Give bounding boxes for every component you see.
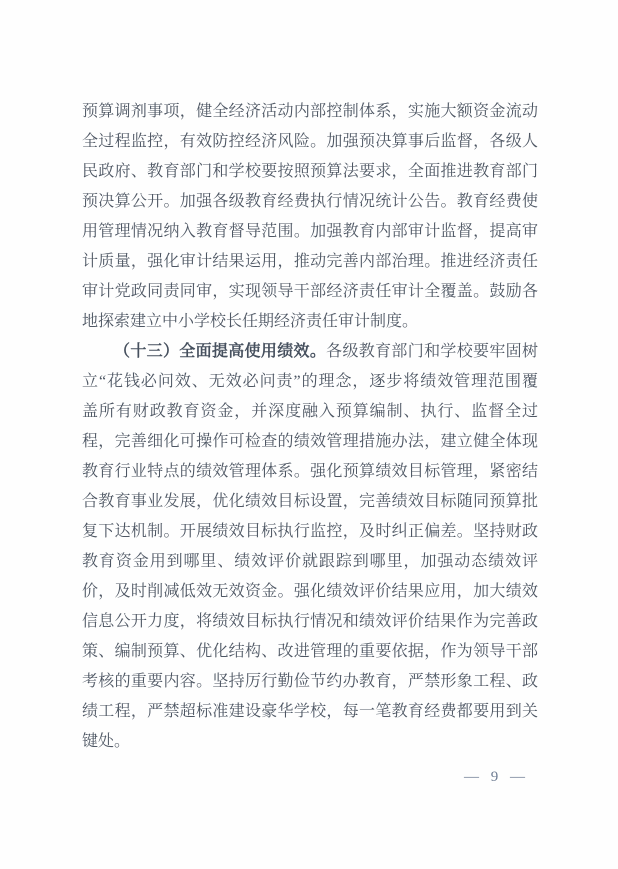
text-line: 考核的重要内容。坚持厉行勤俭节约办教育，严禁形象工程、政 (82, 667, 538, 697)
text-line: 程，完善细化可操作可检查的绩效管理措施办法，建立健全体现 (82, 427, 538, 457)
text-line: 策、编制预算、优化结构、改进管理的重要依据，作为领导干部 (82, 637, 538, 667)
text-line: 教育资金用到哪里、绩效评价就跟踪到哪里，加强动态绩效评 (82, 547, 538, 577)
text-line: 合教育事业发展，优化绩效目标设置，完善绩效目标随同预算批 (82, 487, 538, 517)
text-line: 绩工程，严禁超标准建设豪华学校，每一笔教育经费都要用到关 (82, 697, 538, 727)
text-line: 地探索建立中小学校长任期经济责任审计制度。 (82, 307, 538, 337)
text-line: 盖所有财政教育资金，并深度融入预算编制、执行、监督全过 (82, 397, 538, 427)
text-line: 信息公开力度，将绩效目标执行情况和绩效评价结果作为完善政 (82, 607, 538, 637)
text-line: 立“花钱必问效、无效必问责”的理念，逐步将绩效管理范围覆 (82, 367, 538, 397)
document-body: 预算调剂事项，健全经济活动内部控制体系，实施大额资金流动 全过程监控，有效防控经… (82, 97, 538, 757)
text-line: （十三）全面提高使用绩效。各级教育部门和学校要牢固树 (82, 337, 538, 367)
text-line: 预决算公开。加强各级教育经费执行情况统计公告。教育经费使 (82, 187, 538, 217)
page-footer: — 9 — (82, 767, 538, 787)
text-line: 键处。 (82, 727, 538, 757)
text-line: 全过程监控，有效防控经济风险。加强预决算事后监督，各级人 (82, 127, 538, 157)
text-line: 审计党政同责同审，实现领导干部经济责任审计全覆盖。鼓励各 (82, 277, 538, 307)
text-line: 计质量，强化审计结果运用，推动完善内部治理。推进经济责任 (82, 247, 538, 277)
text-line: 预算调剂事项，健全经济活动内部控制体系，实施大额资金流动 (82, 97, 538, 127)
section-heading: （十三）全面提高使用绩效。 (114, 343, 326, 360)
document-page: 预算调剂事项，健全经济活动内部控制体系，实施大额资金流动 全过程监控，有效防控经… (0, 0, 618, 869)
text-run: 各级教育部门和学校要牢固树 (326, 343, 538, 360)
text-line: 复下达机制。开展绩效目标执行监控，及时纠正偏差。坚持财政 (82, 517, 538, 547)
paragraph-continuation: 预算调剂事项，健全经济活动内部控制体系，实施大额资金流动 全过程监控，有效防控经… (82, 97, 538, 337)
text-line: 教育行业特点的绩效管理体系。强化预算绩效目标管理，紧密结 (82, 457, 538, 487)
paragraph-section-13: （十三）全面提高使用绩效。各级教育部门和学校要牢固树 立“花钱必问效、无效必问责… (82, 337, 538, 757)
page-number: — 9 — (464, 769, 526, 785)
text-line: 用管理情况纳入教育督导范围。加强教育内部审计监督，提高审 (82, 217, 538, 247)
text-line: 民政府、教育部门和学校要按照预算法要求，全面推进教育部门 (82, 157, 538, 187)
text-line: 价，及时削减低效无效资金。强化绩效评价结果应用，加大绩效 (82, 577, 538, 607)
